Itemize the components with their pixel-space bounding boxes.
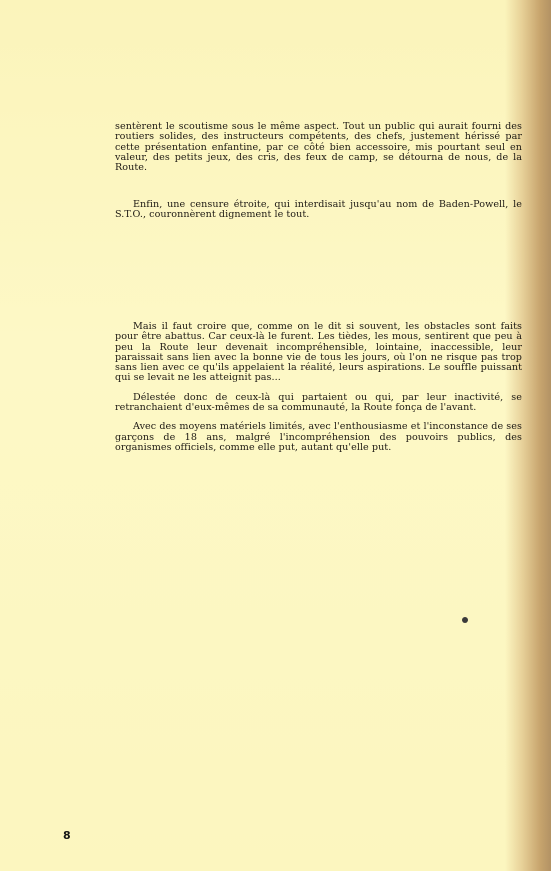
text-block-main: Mais il faut croire que, comme on le dit… — [115, 322, 522, 453]
paragraph-continuation: sentèrent le scoutisme sous le même aspe… — [115, 122, 522, 173]
paragraph-censure: Enfin, une censure étroite, qui interdis… — [115, 200, 522, 221]
paragraph-obstacles: Mais il faut croire que, comme on le dit… — [115, 322, 522, 384]
ink-speck-decoration — [462, 617, 468, 623]
text-block-top: sentèrent le scoutisme sous le même aspe… — [115, 122, 522, 173]
paragraph-moyens: Avec des moyens matériels limités, avec … — [115, 422, 522, 453]
book-page: sentèrent le scoutisme sous le même aspe… — [0, 0, 551, 871]
paragraph-delestee: Délestée donc de ceux-là qui partaient o… — [115, 393, 522, 414]
text-block-censure: Enfin, une censure étroite, qui interdis… — [115, 200, 522, 221]
page-number: 8 — [63, 829, 71, 842]
